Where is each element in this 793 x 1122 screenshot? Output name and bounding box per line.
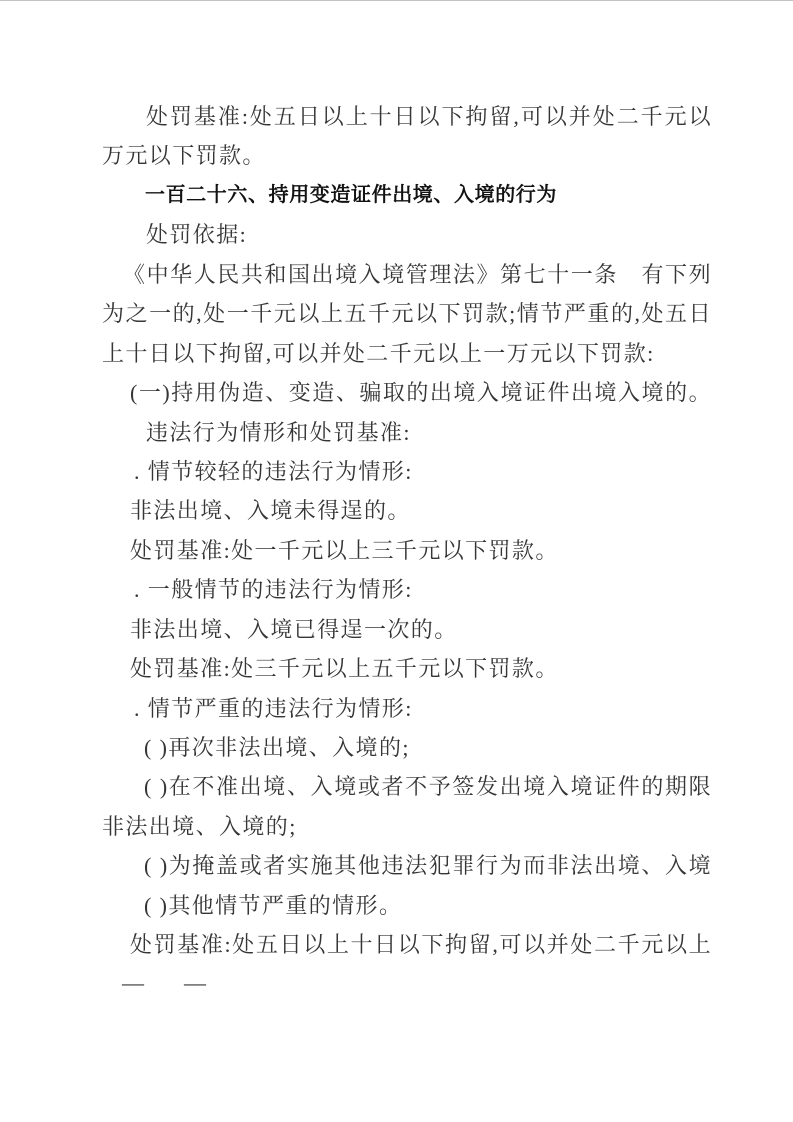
text-line: 《中华人民共和国出境入境管理法》第七十一条 有下列行 [102,255,712,294]
text-line: . 情节较轻的违法行为情形: [102,452,712,491]
text-line: 上十日以下拘留,可以并处二千元以上一万元以下罚款: [102,334,712,373]
text-line: (一)持用伪造、变造、骗取的出境入境证件出境入境的。 [102,373,712,412]
text-line: 为之一的,处一千元以上五千元以下罚款;情节严重的,处五日以 [102,294,712,333]
text-line: ( )为掩盖或者实施其他违法犯罪行为而非法出境、入境的; [102,846,712,885]
text-line: ( )再次非法出境、入境的; [102,728,712,767]
text-line: 处罚基准:处三千元以上五千元以下罚款。 [102,649,712,688]
page-number-footer: — — [122,966,206,1000]
page-number-dash-right: — [184,966,206,1000]
text-line: 非法出境、入境的; [102,807,712,846]
text-line: ( )在不准出境、入境或者不予签发出境入境证件的期限内 [102,767,712,806]
text-line: 非法出境、入境已得逞一次的。 [102,610,712,649]
text-line: ( )其他情节严重的情形。 [102,886,712,925]
text-line: 非法出境、入境未得逞的。 [102,491,712,530]
text-line: 处罚基准:处五日以上十日以下拘留,可以并处二千元以上一 [102,97,712,136]
section-heading: 一百二十六、持用变造证件出境、入境的行为 [102,176,712,215]
text-line: . 一般情节的违法行为情形: [102,570,712,609]
page-number-dash-left: — [122,966,144,1000]
text-line: 处罚基准:处五日以上十日以下拘留,可以并处二千元以上一 [102,925,712,964]
document-body: 处罚基准:处五日以上十日以下拘留,可以并处二千元以上一万元以下罚款。一百二十六、… [102,97,712,965]
text-line: 万元以下罚款。 [102,136,712,175]
text-line: . 情节严重的违法行为情形: [102,689,712,728]
document-page: 处罚基准:处五日以上十日以下拘留,可以并处二千元以上一万元以下罚款。一百二十六、… [0,0,793,1122]
page-top-edge-line [0,0,793,1]
text-line: 处罚基准:处一千元以上三千元以下罚款。 [102,531,712,570]
text-line: 处罚依据: [102,215,712,254]
text-line: 违法行为情形和处罚基准: [102,413,712,452]
